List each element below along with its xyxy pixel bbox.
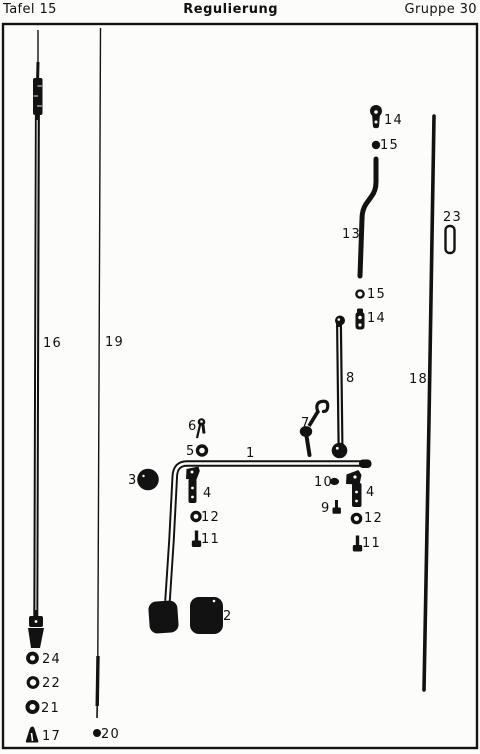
part-1-pedal-shaft — [148, 460, 372, 634]
part-14-ball-pin-top — [370, 105, 382, 128]
callout-15-top: 15 — [380, 138, 399, 153]
callout-21: 21 — [41, 701, 60, 716]
callout-22: 22 — [42, 676, 61, 691]
part-16-control-rod — [28, 30, 44, 648]
callout-10: 10 — [314, 475, 333, 490]
callout-18: 18 — [409, 372, 428, 387]
diagram-canvas: 14 15 13 23 15 14 8 18 16 19 6 5 1 7 3 4… — [0, 0, 480, 754]
callout-23: 23 — [443, 210, 462, 225]
callout-2: 2 — [223, 609, 232, 624]
callout-12-left: 12 — [201, 510, 220, 525]
part-15-ball-mid — [356, 290, 363, 297]
part-20-ball — [93, 729, 101, 737]
part-12-washer-left — [190, 511, 201, 522]
part-5-washer — [196, 444, 208, 456]
callout-4-right: 4 — [366, 485, 375, 500]
part-2-pedal-pad — [190, 597, 223, 634]
callout-17: 17 — [42, 729, 61, 744]
callout-5: 5 — [186, 444, 195, 459]
callout-3: 3 — [128, 473, 137, 488]
callout-12-right: 12 — [364, 511, 383, 526]
part-19-wire-rod — [97, 28, 101, 718]
part-23-sleeve — [446, 226, 455, 253]
callout-20: 20 — [101, 727, 120, 742]
part-11-bolt-right — [353, 536, 362, 552]
figure-border — [3, 24, 477, 748]
callout-7: 7 — [301, 416, 310, 431]
callout-15-mid: 15 — [367, 287, 386, 302]
callout-13: 13 — [342, 227, 361, 242]
part-22-washer — [27, 676, 40, 689]
callout-14-mid: 14 — [367, 311, 386, 326]
callout-11-left: 11 — [201, 532, 220, 547]
callout-8: 8 — [346, 371, 355, 386]
callout-6: 6 — [188, 419, 197, 434]
part-21-ring — [26, 700, 40, 714]
part-15-ball-top — [372, 141, 380, 149]
part-8-link-rod — [332, 316, 348, 459]
part-17-cone-bushing — [26, 727, 39, 743]
part-9-bolt — [333, 500, 341, 514]
callout-24: 24 — [42, 652, 61, 667]
part-18-rod — [424, 116, 434, 690]
callout-14-top: 14 — [384, 113, 403, 128]
callout-9: 9 — [321, 501, 330, 516]
part-4-bracket-left — [186, 467, 200, 504]
callout-11-right: 11 — [362, 536, 381, 551]
part-11-bolt-left — [192, 531, 201, 548]
part-14-ball-pin-mid — [356, 309, 365, 330]
callout-1: 1 — [246, 446, 255, 461]
part-6-cotter-pin — [197, 418, 205, 438]
part-24-nut — [26, 652, 39, 665]
callout-19: 19 — [105, 335, 124, 350]
callout-16: 16 — [43, 336, 62, 351]
part-3-knob — [137, 469, 159, 491]
part-13-bent-rod — [360, 159, 376, 276]
callout-4-left: 4 — [203, 486, 212, 501]
part-4-bracket-right — [346, 470, 362, 507]
part-12-washer-right — [351, 513, 363, 525]
